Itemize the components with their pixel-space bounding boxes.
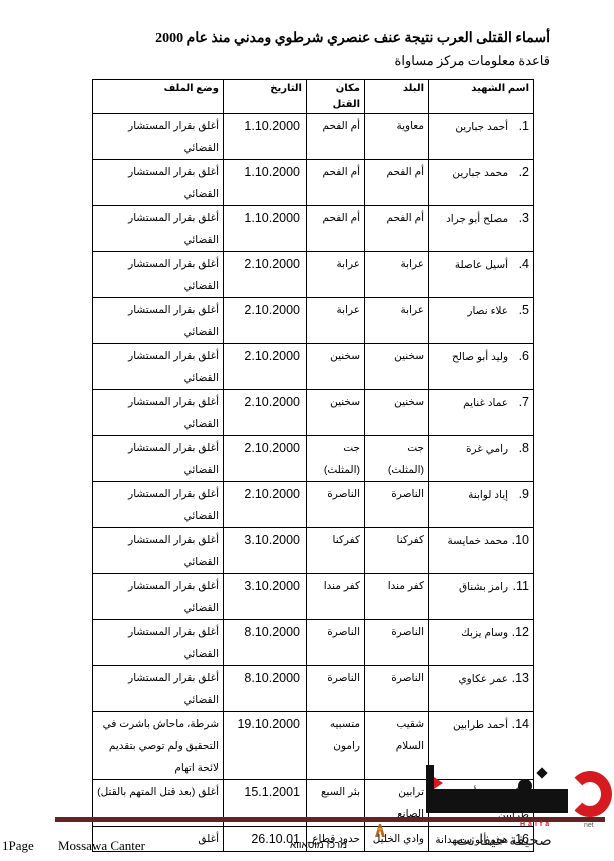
table-body: 1. أحمد جبارينمعاويةأم الفحم1.10.2000أغل… [93, 114, 534, 852]
footer-org-hebrew: מרכז מוסאווא [290, 840, 347, 851]
cell-date: 2.10.2000 [224, 298, 307, 344]
cell-status: أغلق بقرار المستشار القضائي [93, 574, 224, 620]
cell-date: 2.10.2000 [224, 436, 307, 482]
victim-name: علاء نصار [467, 305, 508, 317]
victim-name: إياد لوابنة [468, 489, 508, 501]
cell-name: 3. مصلح أبو جراد [429, 206, 534, 252]
cell-town: الناصرة [365, 666, 429, 712]
header-place: مكان القتل [307, 80, 365, 114]
cell-date: 2.10.2000 [224, 344, 307, 390]
cell-name: 10. محمد خمايسة [429, 528, 534, 574]
cell-town: شقيب السلام [365, 712, 429, 780]
victim-name: رامي غرة [466, 443, 508, 455]
table-row: 9. إياد لوابنةالناصرةالناصرة2.10.2000أغل… [93, 482, 534, 528]
cell-status: شرطة، ماحاش باشرت في التحقيق ولم توصي بت… [93, 712, 224, 780]
table-row: 10. محمد خمايسةكفركناكفركنا3.10.2000أغلق… [93, 528, 534, 574]
cell-place: سخنين [307, 344, 365, 390]
cell-name: 4. أسيل عاصلة [429, 252, 534, 298]
cell-place: كفركنا [307, 528, 365, 574]
header-date: التاريخ [224, 80, 307, 114]
cell-status: أغلق بقرار المستشار القضائي [93, 666, 224, 712]
table-row: 13. عمر عكاويالناصرةالناصرة8.10.2000أغلق… [93, 666, 534, 712]
cell-name: 13. عمر عكاوي [429, 666, 534, 712]
row-number: 12. [511, 621, 529, 643]
table-row: 14. أحمد طرابينشقيب السلاممتسبيه رامون19… [93, 712, 534, 780]
victim-name: أسيل عاصلة [455, 259, 508, 271]
row-number: 15. [511, 781, 529, 803]
cell-town: جت (المثلث) [365, 436, 429, 482]
cell-name: 6. وليد أبو صالح [429, 344, 534, 390]
victim-name: هيثم أبو سمهدانة [435, 834, 508, 846]
header-town: البلد [365, 80, 429, 114]
cell-town: الناصرة [365, 482, 429, 528]
cell-place: الناصرة [307, 620, 365, 666]
cell-place: الناصرة [307, 482, 365, 528]
cell-town: أم الفحم [365, 206, 429, 252]
cell-name: 8. رامي غرة [429, 436, 534, 482]
victim-name: محمد جبارين [452, 167, 508, 179]
cell-status: أغلق بقرار المستشار القضائي [93, 390, 224, 436]
victim-name: مصلح أبو جراد [446, 213, 508, 225]
cell-status: أغلق بقرار المستشار القضائي [93, 344, 224, 390]
row-number: 8. [511, 437, 529, 459]
cell-name: 16. هيثم أبو سمهدانة [429, 827, 534, 852]
table-row: 4. أسيل عاصلةعرابةعرابة2.10.2000أغلق بقر… [93, 252, 534, 298]
cell-date: 3.10.2000 [224, 574, 307, 620]
victim-name: محمد خمايسة [447, 535, 508, 547]
table-row: 3. مصلح أبو جرادأم الفحمأم الفحم1.10.200… [93, 206, 534, 252]
table-row: 1. أحمد جبارينمعاويةأم الفحم1.10.2000أغل… [93, 114, 534, 160]
document-subtitle: قاعدة معلومات مركز مساواة [60, 53, 550, 69]
cell-town: معاوية [365, 114, 429, 160]
cell-status: أغلق بقرار المستشار القضائي [93, 114, 224, 160]
cell-status: أغلق بقرار المستشار القضائي [93, 620, 224, 666]
table-row: 7. عماد غنايمسخنينسخنين2.10.2000أغلق بقر… [93, 390, 534, 436]
cell-date: 1.10.2000 [224, 206, 307, 252]
cell-status: أغلق بقرار المستشار القضائي [93, 160, 224, 206]
cell-name: 14. أحمد طرابين [429, 712, 534, 780]
table-row: 11. رامز بشناقكفر منداكفر مندا3.10.2000أ… [93, 574, 534, 620]
row-number: 10. [511, 529, 529, 551]
cell-date: 8.10.2000 [224, 620, 307, 666]
header-status: وضع الملف [93, 80, 224, 114]
row-number: 16. [511, 828, 529, 850]
cell-place: أم الفحم [307, 160, 365, 206]
header-name: اسم الشهيد [429, 80, 534, 114]
cell-town: كفركنا [365, 528, 429, 574]
cell-town: عرابة [365, 298, 429, 344]
table-row: 8. رامي غرةجت (المثلث)جت (المثلث)2.10.20… [93, 436, 534, 482]
victims-table: اسم الشهيد البلد مكان القتل التاريخ وضع … [92, 79, 534, 852]
cell-name: 2. محمد جبارين [429, 160, 534, 206]
cell-name: 12. وسام يزبك [429, 620, 534, 666]
footer-org-english: Mossawa Canter [58, 838, 145, 854]
watermark-diamond [536, 767, 547, 778]
document-title: أسماء القتلى العرب نتيجة عنف عنصري شرطوي… [60, 30, 550, 47]
cell-name: 5. علاء نصار [429, 298, 534, 344]
watermark-red-arc [568, 771, 612, 817]
cell-place: عرابة [307, 252, 365, 298]
cell-date: 1.10.2000 [224, 160, 307, 206]
cell-date: 8.10.2000 [224, 666, 307, 712]
cell-name: 1. أحمد جبارين [429, 114, 534, 160]
cell-place: الناصرة [307, 666, 365, 712]
cell-town: عرابة [365, 252, 429, 298]
watermark-net: net [584, 822, 594, 829]
row-number: 11. [511, 575, 529, 597]
cell-status: أغلق بقرار المستشار القضائي [93, 482, 224, 528]
victim-name: عمر عكاوي [458, 673, 508, 685]
row-number: 2. [511, 161, 529, 183]
table-header-row: اسم الشهيد البلد مكان القتل التاريخ وضع … [93, 80, 534, 114]
row-number: 5. [511, 299, 529, 321]
footer-divider [55, 817, 605, 822]
cell-name: 11. رامز بشناق [429, 574, 534, 620]
row-number: 14. [511, 713, 529, 735]
cell-place: أم الفحم [307, 114, 365, 160]
victim-name: وسام يزبك [461, 627, 508, 639]
victim-name: رامز بشناق [459, 581, 508, 593]
cell-date: 2.10.2000 [224, 482, 307, 528]
table-row: 2. محمد جبارينأم الفحمأم الفحم1.10.2000أ… [93, 160, 534, 206]
cell-date: 19.10.2000 [224, 712, 307, 780]
cell-place: متسبيه رامون [307, 712, 365, 780]
victim-name: وليد أبو صالح [452, 351, 508, 363]
cell-status: أغلق بقرار المستشار القضائي [93, 298, 224, 344]
cell-place: كفر مندا [307, 574, 365, 620]
cell-town: كفر مندا [365, 574, 429, 620]
row-number: 3. [511, 207, 529, 229]
cell-date: 1.10.2000 [224, 114, 307, 160]
table-row: 12. وسام يزبكالناصرةالناصرة8.10.2000أغلق… [93, 620, 534, 666]
cell-date: 2.10.2000 [224, 252, 307, 298]
cell-date: 2.10.2000 [224, 390, 307, 436]
cell-town: سخنين [365, 390, 429, 436]
cell-place: سخنين [307, 390, 365, 436]
cell-status: أغلق بقرار المستشار القضائي [93, 528, 224, 574]
mossawa-logo-icon [373, 822, 387, 838]
cell-status: أغلق بقرار المستشار القضائي [93, 206, 224, 252]
row-number: 9. [511, 483, 529, 505]
row-number: 1. [511, 115, 529, 137]
cell-town: أم الفحم [365, 160, 429, 206]
row-number: 7. [511, 391, 529, 413]
cell-place: جت (المثلث) [307, 436, 365, 482]
cell-status: أغلق بقرار المستشار القضائي [93, 436, 224, 482]
cell-town: سخنين [365, 344, 429, 390]
victim-name: عماد غنايم [463, 397, 508, 409]
cell-date: 3.10.2000 [224, 528, 307, 574]
victim-name: أحمد طرابين [453, 719, 508, 731]
cell-place: أم الفحم [307, 206, 365, 252]
table-row: 6. وليد أبو صالحسخنينسخنين2.10.2000أغلق … [93, 344, 534, 390]
cell-name: 7. عماد غنايم [429, 390, 534, 436]
cell-place: عرابة [307, 298, 365, 344]
cell-name: 9. إياد لوابنة [429, 482, 534, 528]
row-number: 6. [511, 345, 529, 367]
table-row: 5. علاء نصارعرابةعرابة2.10.2000أغلق بقرا… [93, 298, 534, 344]
cell-town: الناصرة [365, 620, 429, 666]
victim-name: أحمد جبارين [455, 121, 508, 133]
row-number: 13. [511, 667, 529, 689]
footer-page-number: 1Page [2, 838, 34, 854]
row-number: 4. [511, 253, 529, 275]
cell-status: أغلق بقرار المستشار القضائي [93, 252, 224, 298]
